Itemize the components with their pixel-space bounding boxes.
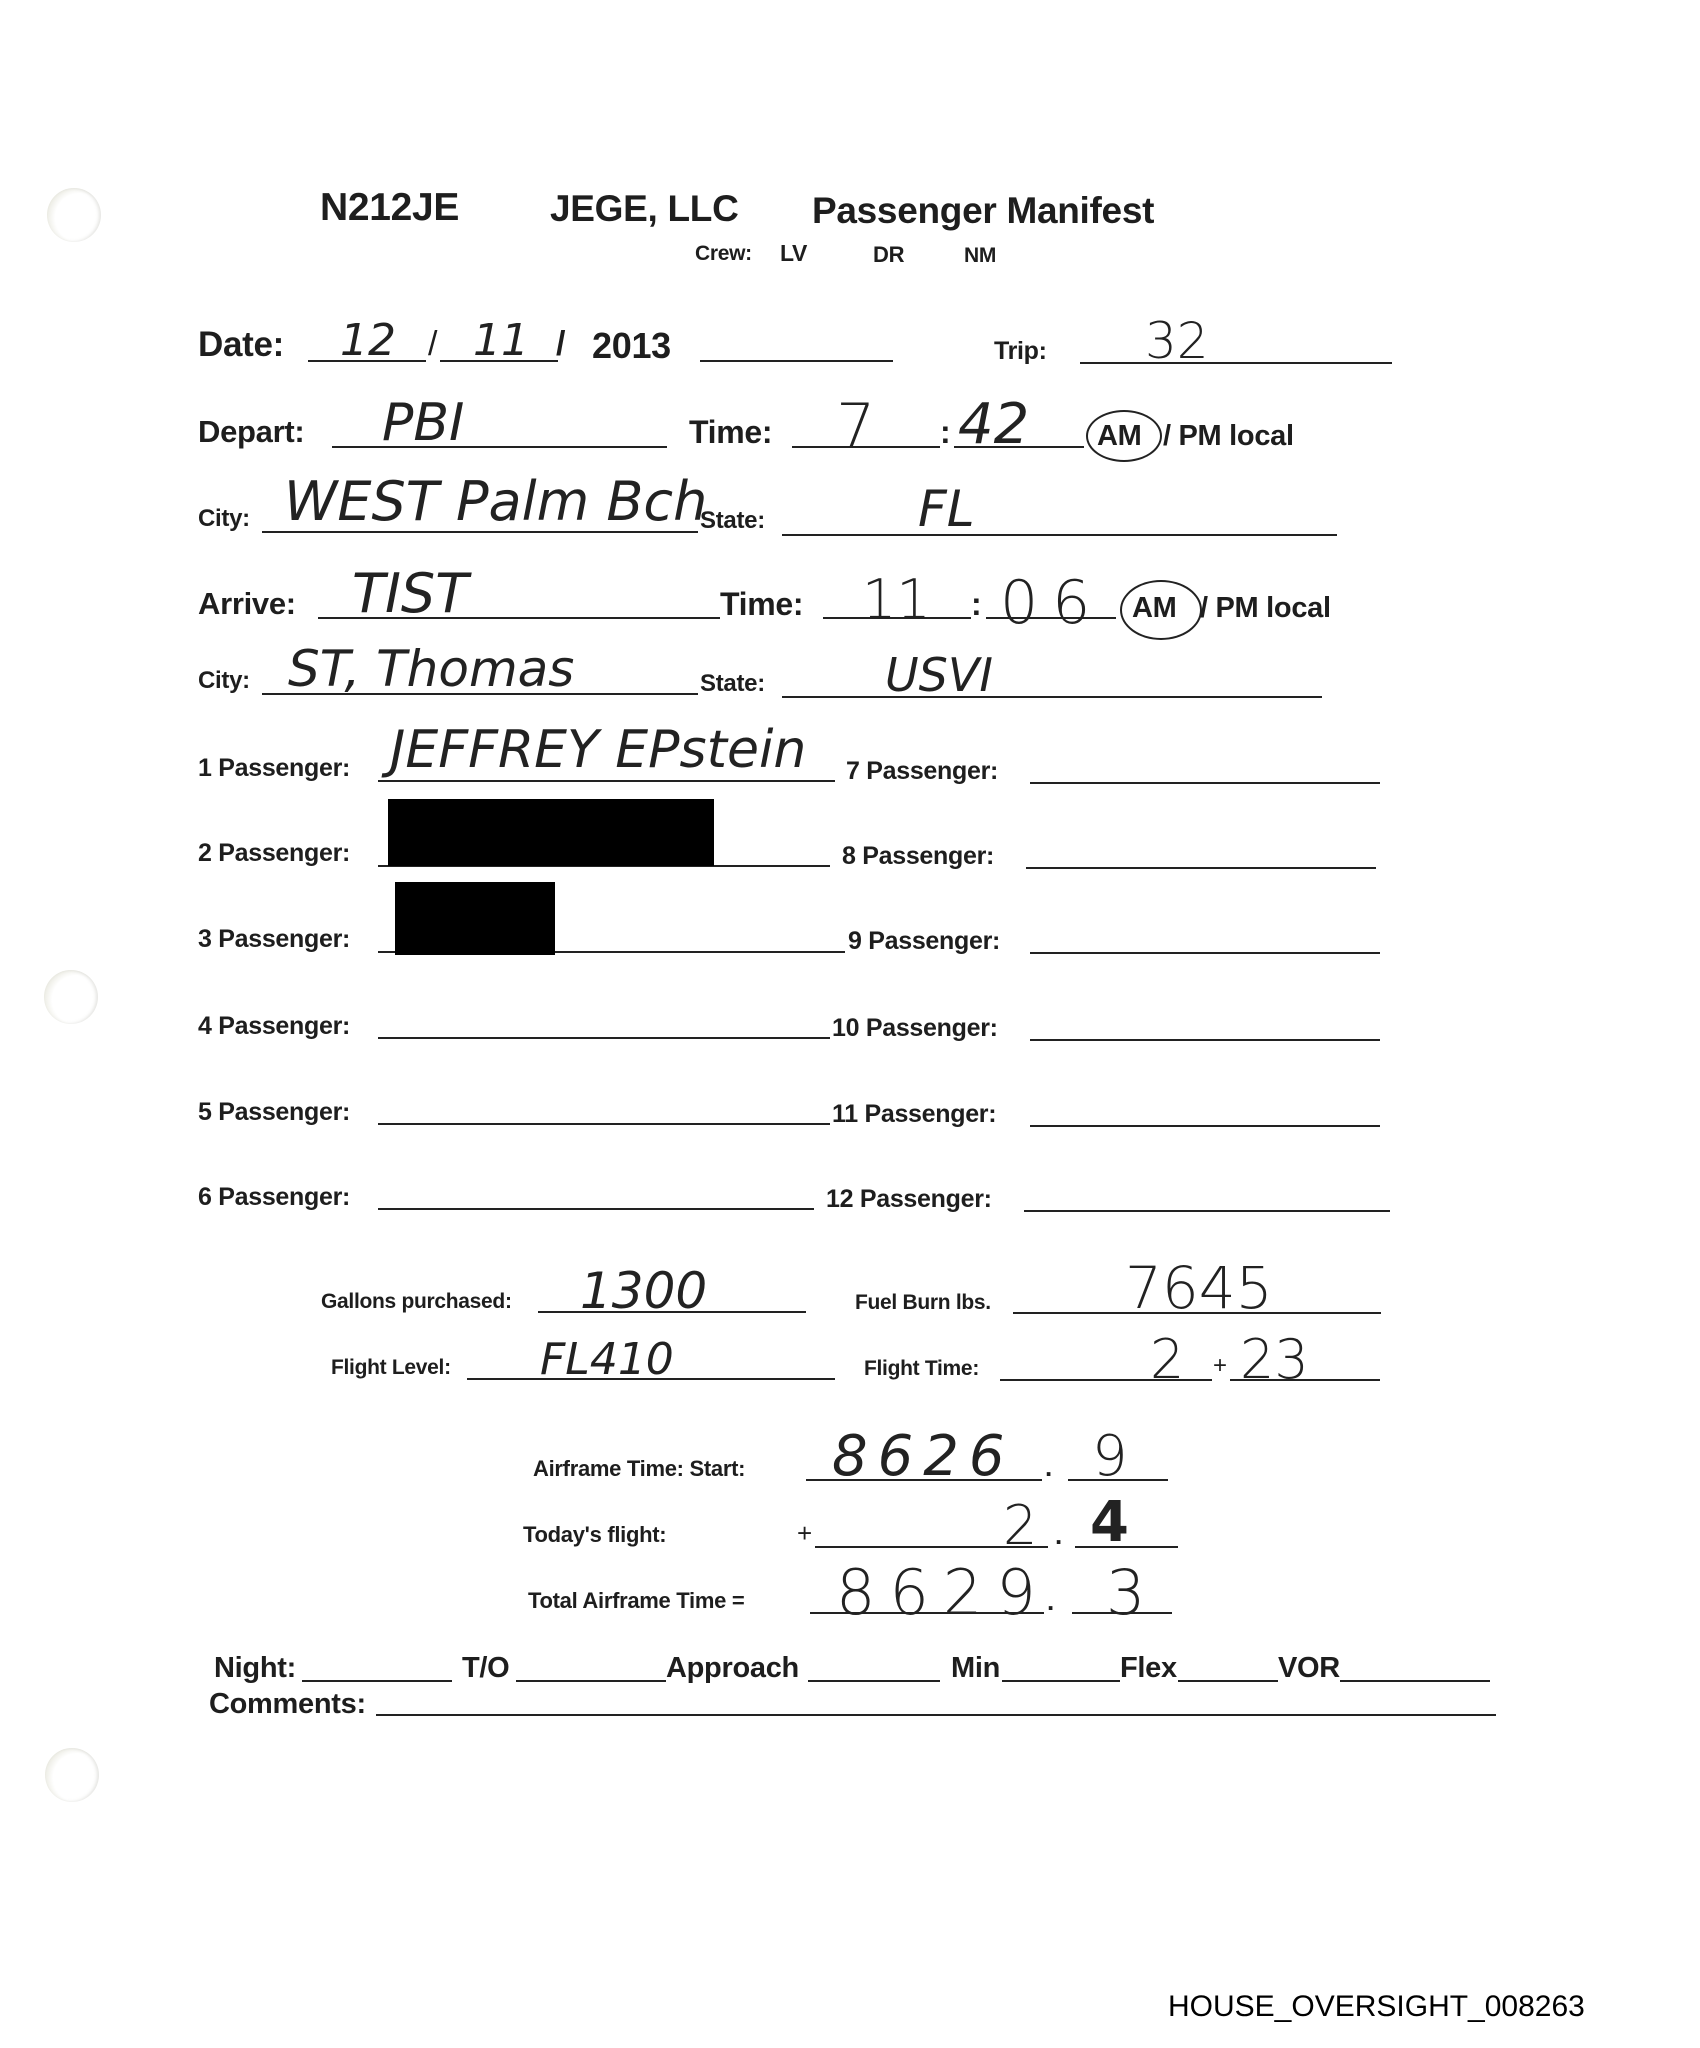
todays-flight-tenth-field[interactable]: 4 xyxy=(1090,1490,1129,1555)
arrive-pm-local-option[interactable]: / PM local xyxy=(1200,592,1331,625)
total-airframe-tenth-field[interactable]: 3 xyxy=(1106,1556,1145,1629)
todays-flight-plus: + xyxy=(797,1518,812,1549)
decimal-point: . xyxy=(1045,1452,1052,1483)
date-day-field[interactable]: 11 xyxy=(473,315,529,366)
passenger-line xyxy=(1024,1210,1390,1212)
passenger-line xyxy=(1030,782,1380,784)
arrive-field[interactable]: TIST xyxy=(352,562,468,625)
arrive-label: Arrive: xyxy=(198,586,296,622)
passenger-label: 10 Passenger: xyxy=(832,1014,998,1043)
state-label: State: xyxy=(700,507,765,535)
trip-field[interactable]: 32 xyxy=(1145,312,1209,370)
flight-level-label: Flight Level: xyxy=(331,1356,451,1380)
passenger-line xyxy=(378,1037,830,1039)
fuel-burn-field[interactable]: 7645 xyxy=(1125,1254,1273,1322)
passenger-label: 9 Passenger: xyxy=(848,927,1000,956)
passenger-line xyxy=(1030,952,1380,954)
min-label: Min xyxy=(951,1652,1000,1685)
total-airframe-label: Total Airframe Time = xyxy=(528,1588,744,1614)
gallons-field[interactable]: 1300 xyxy=(580,1262,707,1320)
depart-field[interactable]: PBI xyxy=(382,393,464,453)
flight-time-plus: + xyxy=(1213,1352,1227,1380)
flight-time-hours-field[interactable]: 2 xyxy=(1150,1328,1184,1391)
night-line[interactable] xyxy=(302,1680,452,1682)
flex-label: Flex xyxy=(1120,1652,1177,1685)
bates-number: HOUSE_OVERSIGHT_008263 xyxy=(1168,1990,1585,2024)
depart-hour-field[interactable]: 7 xyxy=(836,390,875,463)
flex-line[interactable] xyxy=(1178,1680,1278,1682)
approach-line[interactable] xyxy=(808,1680,940,1682)
flight-time-label: Flight Time: xyxy=(864,1357,979,1381)
arrive-state-line xyxy=(782,696,1322,698)
binder-hole xyxy=(45,1748,99,1802)
airframe-start-tenth-field[interactable]: 9 xyxy=(1092,1424,1128,1489)
arrive-state-field[interactable]: USVI xyxy=(885,648,993,702)
arrive-time-label: Time: xyxy=(720,586,803,623)
date-label: Date: xyxy=(198,325,284,365)
decimal-point: . xyxy=(1047,1586,1054,1617)
passenger-line xyxy=(1030,1039,1380,1041)
total-airframe-whole-field[interactable]: 8629 xyxy=(836,1556,1050,1629)
city-label: City: xyxy=(198,667,250,695)
redaction-box xyxy=(388,799,714,866)
passenger-label: 1 Passenger: xyxy=(198,754,350,783)
page-title: Passenger Manifest xyxy=(812,190,1154,232)
arrive-minute-field[interactable]: 06 xyxy=(1000,568,1104,638)
comments-line[interactable] xyxy=(376,1714,1496,1716)
state-label: State: xyxy=(700,670,765,698)
fuel-burn-label: Fuel Burn lbs. xyxy=(855,1291,991,1315)
date-extra-line xyxy=(700,360,893,362)
arrive-city-field[interactable]: ST, Thomas xyxy=(288,640,574,698)
depart-am-option[interactable]: AM xyxy=(1097,420,1142,453)
depart-city-field[interactable]: WEST Palm Bch xyxy=(284,470,707,533)
depart-pm-local-option[interactable]: / PM local xyxy=(1163,420,1294,453)
city-label: City: xyxy=(198,505,250,533)
redaction-box xyxy=(395,882,555,955)
passenger-line xyxy=(378,780,835,782)
passenger-label: 4 Passenger: xyxy=(198,1012,350,1041)
takeoff-label: T/O xyxy=(462,1652,509,1685)
tail-number: N212JE xyxy=(320,186,459,230)
crew-member: DR xyxy=(873,242,904,268)
arrive-am-option[interactable]: AM xyxy=(1132,592,1177,625)
passenger-line xyxy=(378,1208,814,1210)
airframe-start-label: Airframe Time: Start: xyxy=(533,1456,745,1482)
passenger-label: 12 Passenger: xyxy=(826,1185,992,1214)
time-colon: : xyxy=(971,586,981,623)
passenger-1-field[interactable]: JEFFREY EPstein xyxy=(390,720,806,780)
passenger-label: 7 Passenger: xyxy=(846,757,998,786)
passenger-label: 2 Passenger: xyxy=(198,839,350,868)
date-year: 2013 xyxy=(592,325,671,367)
depart-label: Depart: xyxy=(198,414,304,450)
passenger-label: 3 Passenger: xyxy=(198,925,350,954)
trip-line xyxy=(1080,362,1392,364)
depart-state-line xyxy=(782,534,1337,536)
min-line[interactable] xyxy=(1002,1680,1120,1682)
passenger-label: 8 Passenger: xyxy=(842,842,994,871)
passenger-label: 11 Passenger: xyxy=(832,1100,996,1129)
vor-line[interactable] xyxy=(1340,1680,1490,1682)
crew-member: LV xyxy=(780,240,807,267)
airframe-start-whole-field[interactable]: 8626 xyxy=(832,1424,1015,1489)
flight-level-field[interactable]: FL410 xyxy=(540,1334,674,1385)
decimal-point: . xyxy=(1055,1520,1062,1551)
depart-state-field[interactable]: FL xyxy=(918,480,975,538)
crew-label: Crew: xyxy=(695,242,752,266)
flight-time-minutes-field[interactable]: 23 xyxy=(1240,1328,1309,1391)
trip-label: Trip: xyxy=(994,337,1047,366)
passenger-label: 6 Passenger: xyxy=(198,1183,350,1212)
depart-minute-field[interactable]: 42 xyxy=(958,392,1029,457)
todays-flight-whole-field[interactable]: 2 xyxy=(1003,1494,1037,1557)
depart-time-label: Time: xyxy=(689,414,772,451)
time-colon: : xyxy=(940,414,950,451)
gallons-label: Gallons purchased: xyxy=(321,1290,512,1314)
takeoff-line[interactable] xyxy=(516,1680,666,1682)
comments-label: Comments: xyxy=(209,1688,366,1721)
todays-flight-label: Today's flight: xyxy=(523,1522,666,1548)
company-name: JEGE, LLC xyxy=(550,188,739,230)
binder-hole xyxy=(44,970,98,1024)
crew-member: NM xyxy=(964,244,996,268)
date-month-field[interactable]: 12 xyxy=(340,315,396,366)
passenger-line xyxy=(1026,867,1376,869)
passenger-label: 5 Passenger: xyxy=(198,1098,350,1127)
approach-label: Approach xyxy=(666,1652,799,1685)
date-separator: / xyxy=(428,325,437,364)
night-label: Night: xyxy=(214,1652,296,1685)
date-separator: / xyxy=(556,325,565,364)
passenger-line xyxy=(1030,1125,1380,1127)
passenger-line xyxy=(378,1123,830,1125)
arrive-hour-field[interactable]: 11 xyxy=(862,568,931,631)
binder-hole xyxy=(47,188,101,242)
vor-label: VOR xyxy=(1278,1652,1340,1685)
